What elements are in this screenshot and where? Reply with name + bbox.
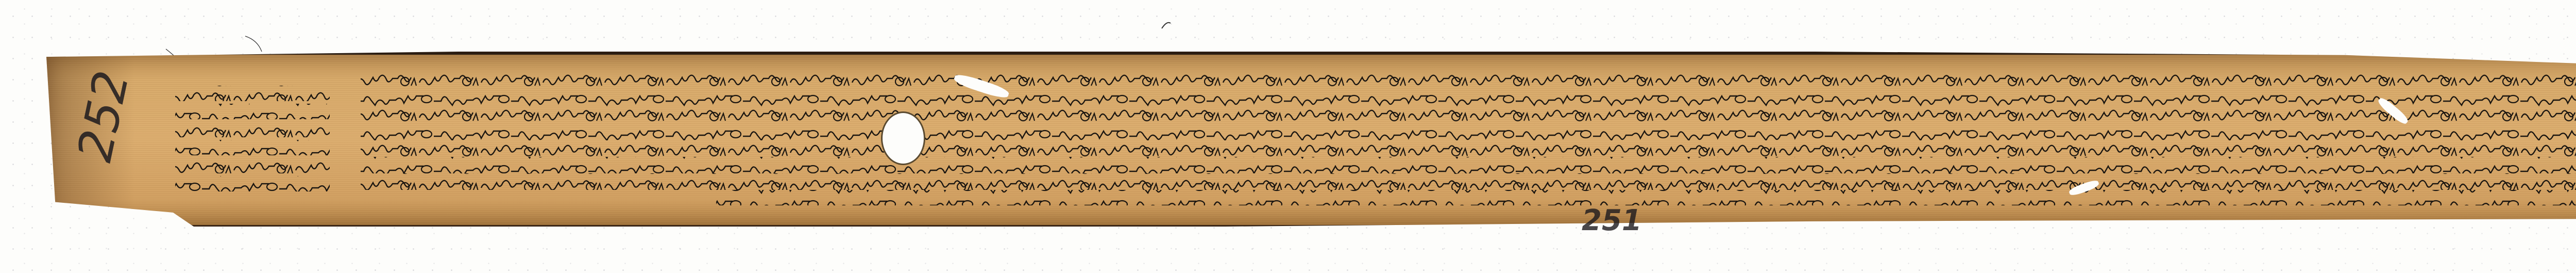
- circular-hole: [881, 111, 925, 165]
- palm-leaf: [46, 52, 2576, 227]
- manuscript-script-lines: [46, 55, 2576, 225]
- folio-number-bottom: 251: [1582, 204, 1642, 237]
